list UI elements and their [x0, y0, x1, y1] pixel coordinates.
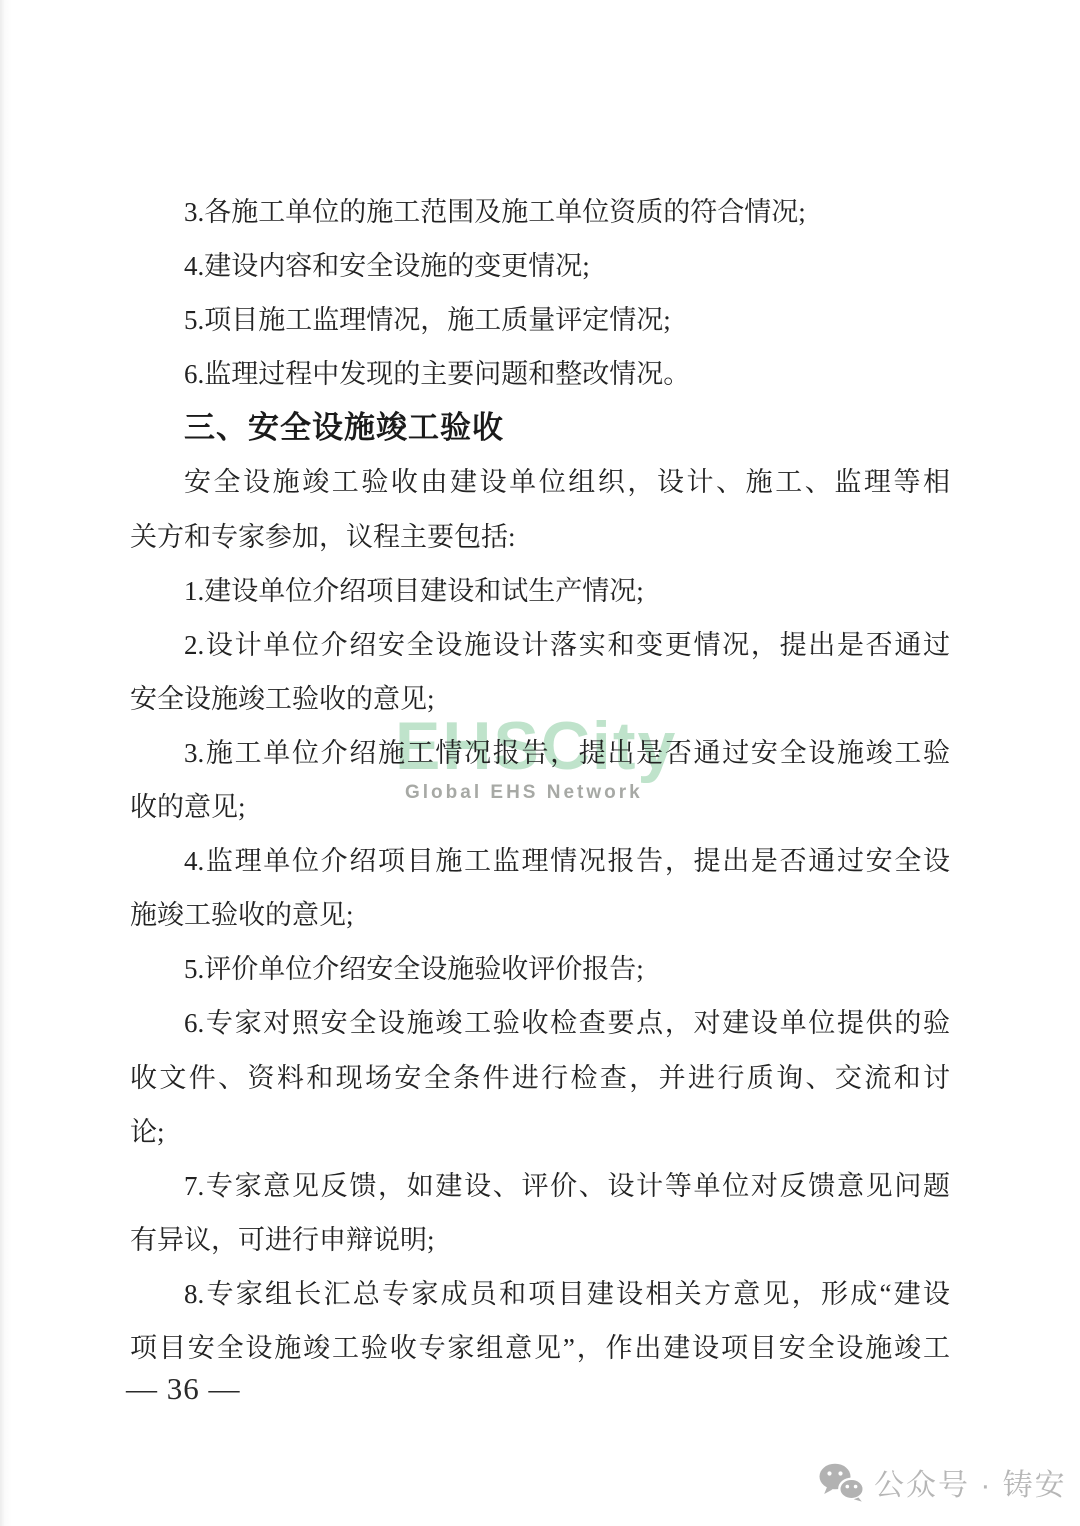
text-line: 收的意见; [130, 780, 950, 834]
list-item: 3.施工单位介绍施工情况报告，提出是否通过安全设施竣工验 [130, 726, 950, 780]
list-item: 2.设计单位介绍安全设施设计落实和变更情况，提出是否通过 [130, 618, 950, 672]
text-line: 施竣工验收的意见; [130, 888, 950, 942]
list-item: 5.评价单位介绍安全设施验收评价报告; [130, 942, 950, 996]
wechat-account-label: 公众号 · 铸安 [874, 1460, 1067, 1504]
text-line: 项目安全设施竣工验收专家组意见”，作出建设项目安全设施竣工 [130, 1321, 950, 1375]
wechat-icon [818, 1462, 864, 1502]
page-number: — 36 — [126, 1368, 241, 1410]
wechat-badge: 公众号 · 铸安 [818, 1460, 1067, 1504]
text-line: 安全设施竣工验收由建设单位组织，设计、施工、监理等相 [130, 455, 950, 509]
list-item: 6.监理过程中发现的主要问题和整改情况。 [130, 347, 950, 401]
list-item: 7.专家意见反馈，如建设、评价、设计等单位对反馈意见问题 [130, 1159, 950, 1213]
text-line: 收文件、资料和现场安全条件进行检查，并进行质询、交流和讨 [130, 1051, 950, 1105]
section-heading: 三、安全设施竣工验收 [130, 401, 950, 455]
text-line: 有异议，可进行申辩说明; [130, 1213, 950, 1267]
list-item: 6.专家对照安全设施竣工验收检查要点，对建设单位提供的验 [130, 996, 950, 1050]
list-item: 1.建设单位介绍项目建设和试生产情况; [130, 564, 950, 618]
text-line: 安全设施竣工验收的意见; [130, 672, 950, 726]
list-item: 4.建设内容和安全设施的变更情况; [130, 239, 950, 293]
text-line: 论; [130, 1105, 950, 1159]
list-item: 5.项目施工监理情况，施工质量评定情况; [130, 293, 950, 347]
text-line: 关方和专家参加，议程主要包括: [130, 510, 950, 564]
document-body: 3.各施工单位的施工范围及施工单位资质的符合情况; 4.建设内容和安全设施的变更… [130, 185, 950, 1375]
document-page: EHSCity Global EHS Network 3.各施工单位的施工范围及… [0, 0, 1080, 1526]
list-item: 3.各施工单位的施工范围及施工单位资质的符合情况; [130, 185, 950, 239]
list-item: 4.监理单位介绍项目施工监理情况报告，提出是否通过安全设 [130, 834, 950, 888]
list-item: 8.专家组长汇总专家成员和项目建设相关方意见，形成“建设 [130, 1267, 950, 1321]
